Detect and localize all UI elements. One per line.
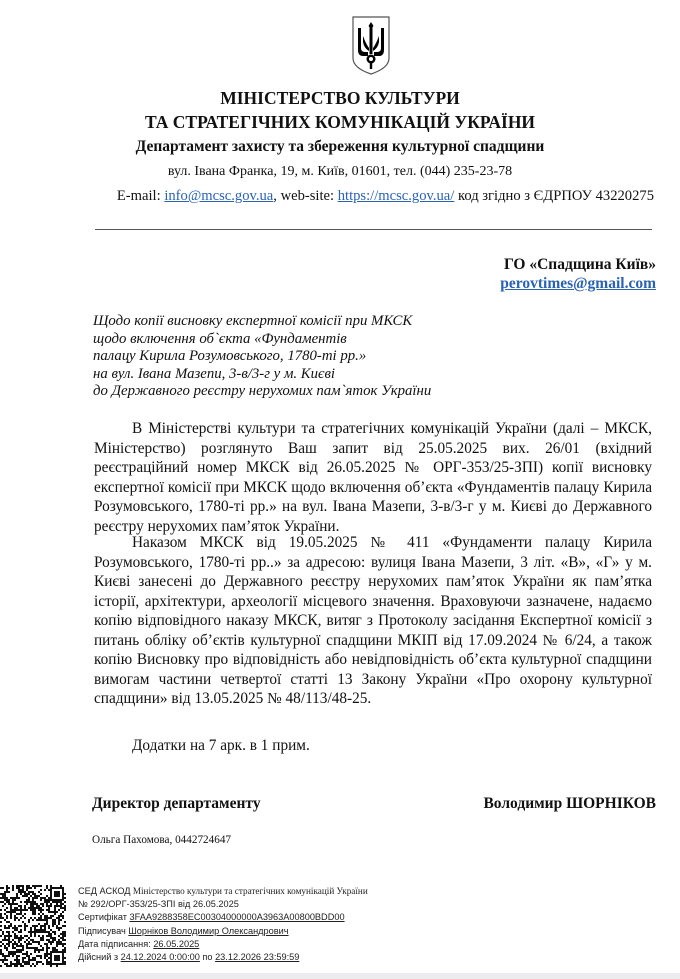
subject-line: до Державного реєстру нерухомих пам`яток… — [93, 383, 431, 401]
signer-value: Шорніков Володимир Олександрович — [128, 926, 288, 936]
edrpou-code: код згідно з ЄДРПОУ 43220275 — [454, 188, 654, 204]
valid-to-value: 23.12.2026 23:59:59 — [215, 952, 299, 962]
stamp-organization: Міністерство культури та стратегічних ко… — [131, 886, 368, 896]
viewer-bottom-edge — [0, 973, 680, 979]
qr-code-icon — [0, 885, 66, 967]
valid-from-value: 24.12.2024 0:00:00 — [121, 952, 200, 962]
ministry-email-link[interactable]: info@mcsc.gov.ua — [164, 188, 273, 204]
subject-line: на вул. Івана Мазепи, 3-в/3-г у м. Києві — [93, 366, 431, 384]
department-name: Департамент захисту та збереження культу… — [0, 138, 680, 156]
header-divider — [95, 229, 652, 230]
ministry-name-line2: ТА СТРАТЕГІЧНИХ КОМУНІКАЦІЙ УКРАЇНИ — [0, 112, 680, 133]
recipient-email-link[interactable]: perovtimes@gmail.com — [500, 275, 656, 293]
stamp-certificate-line: Сертифікат 3FAA9288358EC00304000000A3963… — [78, 911, 368, 924]
sign-date-label: Дата підписання: — [78, 939, 153, 949]
website-label: , web-site: — [273, 188, 337, 204]
valid-from-label: Дійсний з — [78, 952, 121, 962]
email-label: E-mail: — [117, 188, 164, 204]
stamp-reg-number: № 292/ОРГ-353/25-ЗПІ від 26.05.2025 — [78, 898, 368, 911]
valid-to-label: по — [200, 952, 215, 962]
signatory-title: Директор департаменту — [92, 795, 261, 813]
subject-line: Щодо копії висновку експертної комісії п… — [93, 313, 431, 331]
body-paragraph-1: В Міністерстві культури та стратегічних … — [94, 419, 652, 536]
certificate-value: 3FAA9288358EC00304000000A3963A00800BDD00 — [129, 912, 344, 922]
letter-subject: Щодо копії висновку експертної комісії п… — [93, 313, 431, 401]
signer-label: Підписувач — [78, 926, 128, 936]
stamp-signer-line: Підписувач Шорніков Володимир Олександро… — [78, 925, 368, 938]
paragraph-text: В Міністерстві культури та стратегічних … — [94, 419, 652, 536]
ministry-contacts: E-mail: info@mcsc.gov.ua, web-site: http… — [0, 188, 654, 205]
subject-line: палацу Кирила Розумовського, 1780-ті рр.… — [93, 348, 431, 366]
signatory-name: Володимир ШОРНІКОВ — [483, 795, 656, 813]
ministry-website-link[interactable]: https://mcsc.gov.ua/ — [338, 188, 455, 204]
executor-contact: Ольга Пахомова, 0442724647 — [92, 834, 231, 846]
stamp-system-line: СЕД АСКОД Міністерство культури та страт… — [78, 885, 368, 898]
recipient-name: ГО «Спадщина Київ» — [504, 256, 656, 274]
sign-date-value: 26.05.2025 — [153, 939, 199, 949]
e-signature-stamp: СЕД АСКОД Міністерство культури та страт… — [78, 885, 368, 964]
attachments-note: Додатки на 7 арк. в 1 прим. — [132, 737, 310, 755]
stamp-sign-date-line: Дата підписання: 26.05.2025 — [78, 938, 368, 951]
ministry-name-line1: МІНІСТЕРСТВО КУЛЬТУРИ — [0, 88, 680, 109]
ministry-address: вул. Івана Франка, 19, м. Київ, 01601, т… — [0, 164, 680, 180]
paragraph-text: Наказом МКСК від 19.05.2025 № 411 «Фунда… — [94, 533, 652, 709]
stamp-validity-line: Дійсний з 24.12.2024 0:00:00 по 23.12.20… — [78, 951, 368, 964]
ukraine-coat-of-arms-icon — [350, 14, 392, 76]
body-paragraph-2: Наказом МКСК від 19.05.2025 № 411 «Фунда… — [94, 533, 652, 709]
subject-line: щодо включення об`єкта «Фундаментів — [93, 331, 431, 349]
stamp-system: СЕД АСКОД — [78, 886, 131, 896]
certificate-label: Сертифікат — [78, 912, 129, 922]
